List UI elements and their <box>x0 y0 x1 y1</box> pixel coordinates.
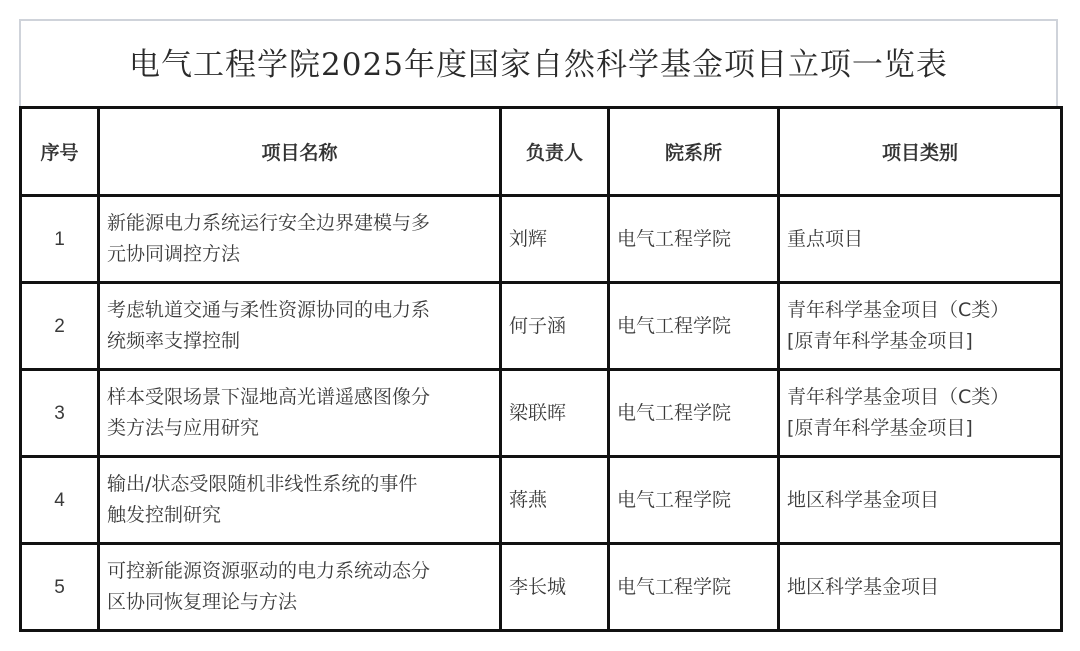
header-department: 院系所 <box>609 108 779 196</box>
table-row: 4 输出/状态受限随机非线性系统的事件 触发控制研究 蒋燕 电气工程学院 地区科… <box>21 457 1062 544</box>
cell-project-name: 考虑轨道交通与柔性资源协同的电力系 统频率支撑控制 <box>99 283 501 370</box>
header-project-name: 项目名称 <box>99 108 501 196</box>
table-row: 1 新能源电力系统运行安全边界建模与多 元协同调控方法 刘辉 电气工程学院 重点… <box>21 196 1062 283</box>
cell-project-name: 样本受限场景下湿地高光谱遥感图像分 类方法与应用研究 <box>99 370 501 457</box>
category-line: 重点项目 <box>787 224 1056 255</box>
cell-department: 电气工程学院 <box>609 544 779 631</box>
table-header-row: 序号 项目名称 负责人 院系所 项目类别 <box>21 108 1062 196</box>
project-table: 序号 项目名称 负责人 院系所 项目类别 1 新能源电力系统运行安全边界建模与多… <box>19 106 1063 632</box>
table-row: 5 可控新能源资源驱动的电力系统动态分 区协同恢复理论与方法 李长城 电气工程学… <box>21 544 1062 631</box>
project-name-line: 输出/状态受限随机非线性系统的事件 <box>107 469 495 500</box>
category-line: 地区科学基金项目 <box>787 485 1056 516</box>
cell-leader: 李长城 <box>501 544 609 631</box>
cell-project-name: 新能源电力系统运行安全边界建模与多 元协同调控方法 <box>99 196 501 283</box>
cell-index: 5 <box>21 544 99 631</box>
cell-category: 青年科学基金项目（C类） [原青年科学基金项目] <box>779 283 1062 370</box>
cell-department: 电气工程学院 <box>609 370 779 457</box>
cell-leader: 梁联晖 <box>501 370 609 457</box>
table-row: 2 考虑轨道交通与柔性资源协同的电力系 统频率支撑控制 何子涵 电气工程学院 青… <box>21 283 1062 370</box>
category-line: [原青年科学基金项目] <box>787 413 1056 444</box>
cell-leader: 刘辉 <box>501 196 609 283</box>
project-name-line: 区协同恢复理论与方法 <box>107 587 495 618</box>
cell-project-name: 可控新能源资源驱动的电力系统动态分 区协同恢复理论与方法 <box>99 544 501 631</box>
cell-index: 2 <box>21 283 99 370</box>
category-line: [原青年科学基金项目] <box>787 326 1056 357</box>
page-title: 电气工程学院2025年度国家自然科学基金项目立项一览表 <box>129 39 948 84</box>
project-name-line: 元协同调控方法 <box>107 239 495 270</box>
title-box: 电气工程学院2025年度国家自然科学基金项目立项一览表 <box>19 19 1058 106</box>
project-name-line: 样本受限场景下湿地高光谱遥感图像分 <box>107 382 495 413</box>
project-name-line: 新能源电力系统运行安全边界建模与多 <box>107 208 495 239</box>
cell-leader: 蒋燕 <box>501 457 609 544</box>
cell-department: 电气工程学院 <box>609 457 779 544</box>
cell-index: 4 <box>21 457 99 544</box>
project-name-line: 触发控制研究 <box>107 500 495 531</box>
cell-index: 3 <box>21 370 99 457</box>
category-line: 青年科学基金项目（C类） <box>787 382 1056 413</box>
project-name-line: 统频率支撑控制 <box>107 326 495 357</box>
header-category: 项目类别 <box>779 108 1062 196</box>
cell-department: 电气工程学院 <box>609 196 779 283</box>
project-name-line: 考虑轨道交通与柔性资源协同的电力系 <box>107 295 495 326</box>
category-line: 青年科学基金项目（C类） <box>787 295 1056 326</box>
header-index: 序号 <box>21 108 99 196</box>
cell-category: 重点项目 <box>779 196 1062 283</box>
cell-category: 地区科学基金项目 <box>779 457 1062 544</box>
cell-category: 青年科学基金项目（C类） [原青年科学基金项目] <box>779 370 1062 457</box>
category-line: 地区科学基金项目 <box>787 572 1056 603</box>
project-name-line: 类方法与应用研究 <box>107 413 495 444</box>
cell-leader: 何子涵 <box>501 283 609 370</box>
table-row: 3 样本受限场景下湿地高光谱遥感图像分 类方法与应用研究 梁联晖 电气工程学院 … <box>21 370 1062 457</box>
project-name-line: 可控新能源资源驱动的电力系统动态分 <box>107 556 495 587</box>
cell-department: 电气工程学院 <box>609 283 779 370</box>
cell-index: 1 <box>21 196 99 283</box>
cell-category: 地区科学基金项目 <box>779 544 1062 631</box>
cell-project-name: 输出/状态受限随机非线性系统的事件 触发控制研究 <box>99 457 501 544</box>
header-leader: 负责人 <box>501 108 609 196</box>
